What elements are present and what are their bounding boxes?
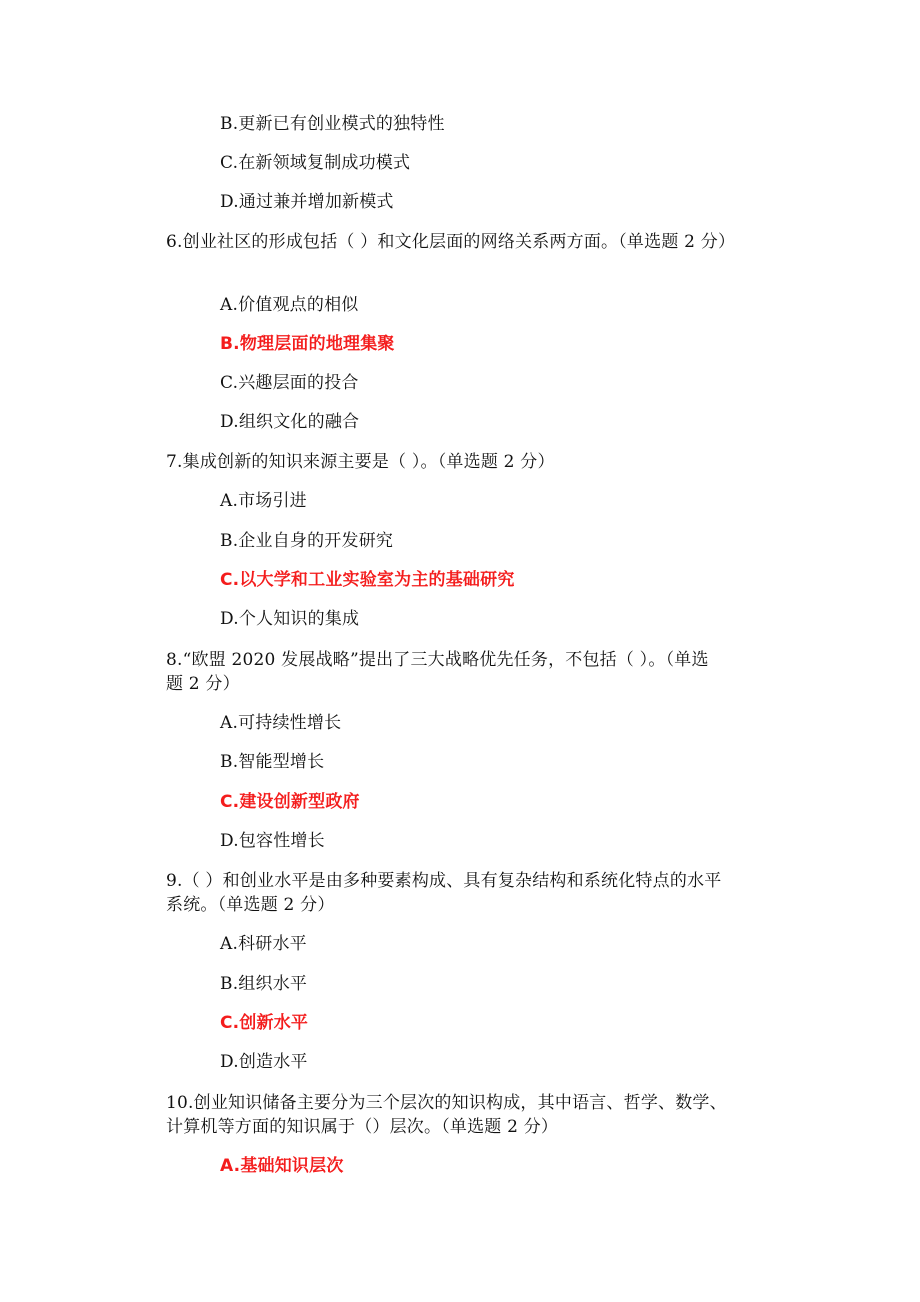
option-q9-b: B.组织水平 bbox=[220, 973, 307, 995]
option-q8-d: D.包容性增长 bbox=[220, 830, 325, 852]
question-10-text-line2: 计算机等方面的知识属于（）层次。（单选题 2 分） bbox=[166, 1116, 558, 1138]
question-10-text-line1: 10.创业知识储备主要分为三个层次的知识构成，其中语言、哲学、数学、 bbox=[166, 1092, 727, 1114]
option-q7-d: D.个人知识的集成 bbox=[220, 608, 359, 630]
option-q6-c: C.兴趣层面的投合 bbox=[220, 372, 359, 394]
option-q5-c: C.在新领域复制成功模式 bbox=[220, 152, 410, 174]
option-q7-a: A.市场引进 bbox=[220, 490, 307, 512]
option-q6-b-correct: B.物理层面的地理集聚 bbox=[220, 333, 395, 355]
question-8-text-line1: 8.“欧盟 2020 发展战略”提出了三大战略优先任务，不包括（ ）。（单选 bbox=[166, 649, 709, 671]
option-q6-a: A.价值观点的相似 bbox=[220, 294, 358, 316]
question-6-text: 6.创业社区的形成包括（ ）和文化层面的网络关系两方面。（单选题 2 分） bbox=[166, 231, 735, 253]
option-q8-b: B.智能型增长 bbox=[220, 751, 324, 773]
option-q9-d: D.创造水平 bbox=[220, 1051, 308, 1073]
option-q5-d: D.通过兼并增加新模式 bbox=[220, 191, 394, 213]
option-q10-a-correct: A.基础知识层次 bbox=[220, 1155, 344, 1177]
option-q6-d: D.组织文化的融合 bbox=[220, 411, 359, 433]
option-q9-c-correct: C.创新水平 bbox=[220, 1012, 308, 1034]
option-q7-c-correct: C.以大学和工业实验室为主的基础研究 bbox=[220, 569, 515, 591]
question-8-text-line2: 题 2 分） bbox=[166, 673, 240, 695]
question-9-text-line2: 系统。（单选题 2 分） bbox=[166, 894, 335, 916]
question-9-text-line1: 9.（ ）和创业水平是由多种要素构成、具有复杂结构和系统化特点的水平 bbox=[166, 870, 721, 892]
option-q7-b: B.企业自身的开发研究 bbox=[220, 530, 393, 552]
option-q9-a: A.科研水平 bbox=[220, 933, 307, 955]
option-q8-a: A.可持续性增长 bbox=[220, 712, 341, 734]
option-q5-b: B.更新已有创业模式的独特性 bbox=[220, 113, 445, 135]
option-q8-c-correct: C.建设创新型政府 bbox=[220, 791, 360, 813]
question-7-text: 7.集成创新的知识来源主要是（ ）。（单选题 2 分） bbox=[166, 451, 555, 473]
